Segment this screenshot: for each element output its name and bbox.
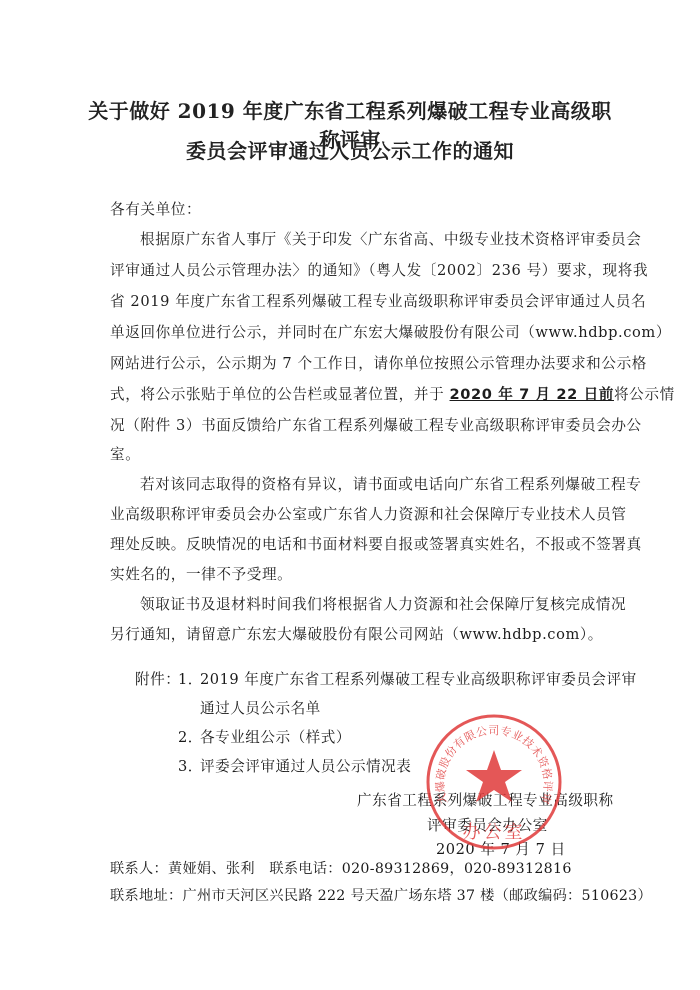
paragraph1-line2: 评审通过人员公示管理办法〉的通知》（粤人发〔2002〕236 号）要求，现将我 xyxy=(110,259,648,280)
contact-phones: 020-89312869，020-89312816 xyxy=(342,861,572,877)
paragraph3-line2: 另行通知，请留意广东宏大爆破股份有限公司网站（www.hdbp.com）。 xyxy=(110,623,603,644)
deadline-date: 2020 年 7 月 22 日前 xyxy=(450,386,614,403)
attachment-3-line1: 评委会评审通过人员公示情况表 xyxy=(200,755,411,776)
contact-address-label: 联系地址： xyxy=(110,888,182,904)
contact-address-line: 联系地址：广州市天河区兴民路 222 号天盈广场东塔 37 楼（邮政编码：510… xyxy=(110,885,652,905)
signature-org-line1: 广东省工程系列爆破工程专业高级职称 xyxy=(357,789,614,810)
paragraph3-line1: 领取证书及退材料时间我们将根据省人力资源和社会保障厅复核完成情况 xyxy=(140,593,626,614)
attachment-1-line1: 2019 年度广东省工程系列爆破工程专业高级职称评审委员会评审 xyxy=(200,668,637,689)
contact-person-label: 联系人： xyxy=(110,861,168,877)
signature-org-line2: 评审委员会办公室 xyxy=(427,814,548,835)
paragraph2-line3: 理处反映。反映情况的电话和书面材料要自报或签署真实姓名，不报或不签署真 xyxy=(110,533,642,554)
paragraph1-line6-after: 将公示情 xyxy=(614,386,675,403)
salutation: 各有关单位： xyxy=(110,198,201,219)
paragraph1-line6-before: 式，将公示张贴于单位的公告栏或显著位置，并于 xyxy=(110,386,450,403)
paragraph1-line7: 况（附件 3）书面反馈给广东省工程系列爆破工程专业高级职称评审委员会办公 xyxy=(110,414,642,435)
contact-phone-label: 联系电话： xyxy=(269,861,341,877)
paragraph2-line1: 若对该同志取得的资格有异议，请书面或电话向广东省工程系列爆破工程专 xyxy=(140,473,641,494)
paragraph1-line8: 室。 xyxy=(110,443,140,464)
paragraph1-line6: 式，将公示张贴于单位的公告栏或显著位置，并于 2020 年 7 月 22 日前将… xyxy=(110,383,675,404)
contact-persons: 黄娅娟、张利 xyxy=(168,861,255,877)
document-page: 关于做好 2019 年度广东省工程系列爆破工程专业高级职称评审 委员会评审通过人… xyxy=(0,0,700,990)
paragraph1-line3: 省 2019 年度广东省工程系列爆破工程专业高级职称评审委员会评审通过人员名 xyxy=(110,290,646,311)
attachment-1-line2: 通过人员公示名单 xyxy=(200,697,321,718)
signature-date: 2020 年 7 月 7 日 xyxy=(436,838,566,859)
paragraph1-line4: 单返回你单位进行公示，并同时在广东宏大爆破股份有限公司（www.hdbp.com… xyxy=(110,321,671,342)
document-title-line2: 委员会评审通过人员公示工作的通知 xyxy=(80,135,620,164)
paragraph2-line4: 实姓名的，一律不予受理。 xyxy=(110,563,292,584)
attachment-2-line1: 各专业组公示（样式） xyxy=(200,726,351,747)
attachments-label: 附件： xyxy=(135,668,180,689)
paragraph2-line2: 业高级职称评审委员会办公室或广东省人力资源和社会保障厅专业技术人员管 xyxy=(110,503,627,524)
contact-address: 广州市天河区兴民路 222 号天盈广场东塔 37 楼（邮政编码：510623） xyxy=(182,888,652,904)
paragraph1-line5: 网站进行公示，公示期为 7 个工作日，请你单位按照公示管理办法要求和公示格 xyxy=(110,352,647,373)
paragraph1-line1: 根据原广东省人事厅《关于印发〈广东省高、中级专业技术资格评审委员会 xyxy=(140,228,641,249)
contact-persons-line: 联系人：黄娅娟、张利 联系电话：020-89312869，020-8931281… xyxy=(110,858,572,878)
